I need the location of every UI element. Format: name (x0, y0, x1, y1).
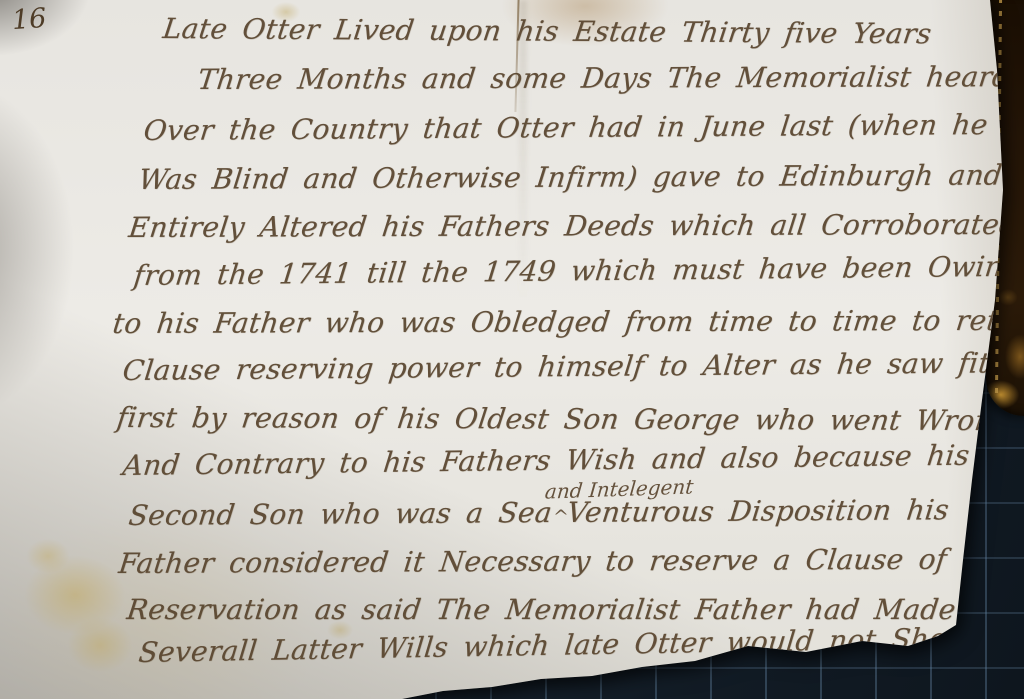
line-text: And Contrary to his Fathers Wish and als… (121, 439, 971, 482)
line-text: Was Blind and Otherwise Infirm) gave to … (137, 158, 1004, 196)
line-text: Entirely Altered his Fathers Deeds which… (127, 208, 1019, 244)
page-number: 16 (11, 3, 47, 36)
insertion-caret: ^ (553, 506, 569, 528)
line-text: Three Months and some Days The Memoriali… (196, 60, 1013, 96)
line-text: Clause reserving power to himself to Alt… (121, 346, 1004, 387)
manuscript-line-13: Reservation as said The Memorialist Fath… (127, 593, 956, 626)
manuscript-page: 16 Late Otter Lived upon his Estate Thir… (0, 0, 1024, 699)
manuscript-line-8: Clause reserving power to himself to Alt… (123, 346, 1002, 387)
manuscript-line-14: Severall Latter Wills which late Otter w… (138, 621, 976, 669)
line-text: from the 1741 till the 1749 which must h… (132, 250, 1023, 292)
manuscript-line-6: from the 1741 till the 1749 which must h… (134, 250, 1022, 292)
manuscript-line-7: to his Father who was Obledged from time… (113, 304, 1024, 340)
line-text: Severall Latter Wills which late Otter w… (137, 621, 978, 669)
manuscript-line-10: And Contrary to his Fathers Wish and als… (123, 439, 970, 482)
manuscript-line-1: Late Otter Lived upon his Estate Thirty … (163, 12, 931, 50)
line-text: Reservation as said The Memorialist Fath… (125, 593, 958, 626)
manuscript-photo: 16 Late Otter Lived upon his Estate Thir… (0, 0, 1024, 699)
line-text: first by reason of his Oldest Son George… (115, 401, 1013, 437)
manuscript-line-12: Father considered it Necessary to reserv… (119, 543, 947, 580)
manuscript-line-4: Was Blind and Otherwise Infirm) gave to … (139, 158, 1003, 196)
manuscript-line-9: first by reason of his Oldest Son George… (117, 401, 1011, 437)
manuscript-line-5: Entirely Altered his Fathers Deeds which… (129, 208, 1018, 244)
manuscript-line-3: Over the Country that Otter had in June … (144, 108, 988, 147)
manuscript-line-2: Three Months and some Days The Memoriali… (198, 60, 1011, 96)
line-text: Father considered it Necessary to reserv… (117, 543, 949, 580)
paper-wrapper: 16 Late Otter Lived upon his Estate Thir… (0, 0, 1024, 699)
manuscript-line-11: Second Son who was a Sea Venturous Dispo… (129, 493, 949, 532)
line-text: Second Son who was a Sea Venturous Dispo… (127, 493, 951, 532)
line-text: Late Otter Lived upon his Estate Thirty … (161, 12, 934, 50)
line-text: Over the Country that Otter had in June … (142, 108, 990, 147)
line-text: to his Father who was Obledged from time… (111, 304, 1024, 340)
